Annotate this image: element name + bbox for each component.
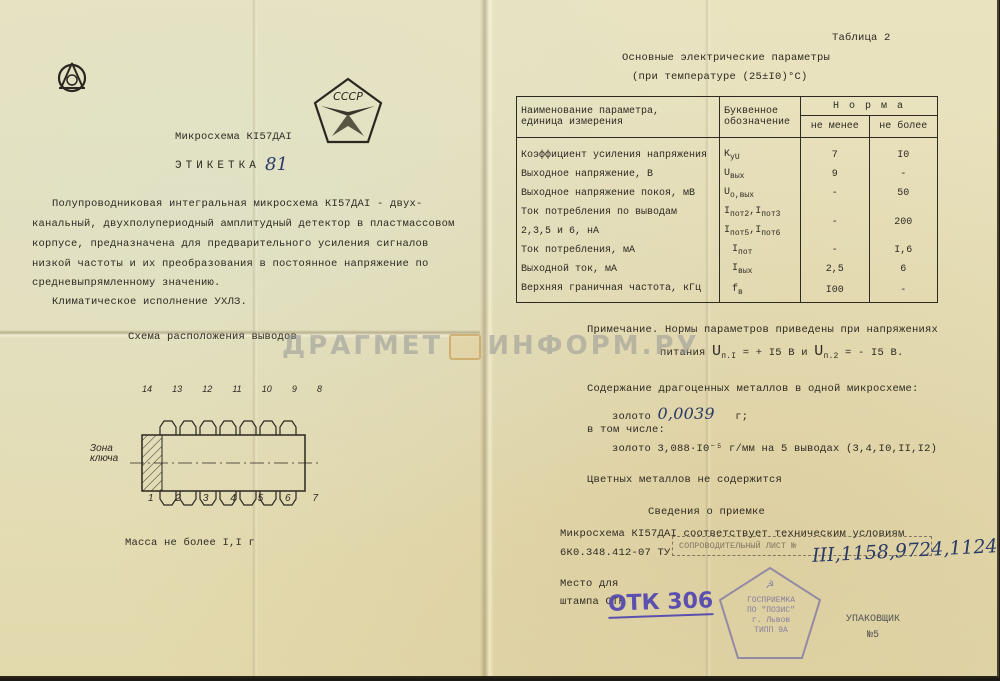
row-max: 6 (869, 260, 938, 279)
acceptance-line-2: 6К0.348.412-07 ТУ (560, 547, 671, 559)
row-param: Выходное напряжение, В (517, 165, 720, 184)
row-min: 7 (801, 138, 870, 166)
table-number: Таблица 2 (832, 32, 891, 44)
header-symbol: Буквенное обозначение (720, 97, 801, 138)
row-symbol: Uo,вых (720, 184, 801, 203)
gold-detail: золото 3,088·I0⁻⁵ г/мм на 5 выводах (3,4… (612, 442, 937, 455)
pinout-title: Схема расположения выводов (128, 331, 297, 343)
row-max: I0 (869, 138, 938, 166)
row-symbol: Iпот2,Iпот3 (720, 203, 801, 222)
quality-mark-pentagon-icon: СССР (312, 76, 384, 146)
acceptance-heading: Сведения о приемке (648, 506, 765, 518)
mass-spec: Масса не более I,I г (125, 537, 255, 549)
row-min: - (801, 184, 870, 203)
gold-content: золото 0,0039 г; (612, 404, 748, 423)
document-sheet: СССР Микросхема КI57ДАI ЭТИКЕТКА 81 Полу… (0, 0, 999, 678)
row-symbol: fв (720, 279, 801, 303)
otk-place-label: Место для (560, 578, 619, 590)
parameters-table: Наименование параметра, единица измерени… (516, 96, 938, 303)
row-param: Выходное напряжение покоя, мВ (517, 184, 720, 203)
pin-labels-bottom: 1234567 (148, 493, 318, 504)
row-min: - (801, 203, 870, 241)
key-zone-label: Зона ключа (90, 444, 118, 464)
gold-value-handwritten: 0,0039 (658, 404, 715, 423)
row-min: - (801, 241, 870, 260)
row-max: - (869, 165, 938, 184)
svg-text:☭: ☭ (766, 578, 774, 592)
row-symbol: Iпот (720, 241, 801, 260)
climate-spec: Климатическое исполнение УХЛЗ. (52, 296, 247, 308)
watermark: ДРАГМЕТИНФОРМ.РУ (282, 331, 700, 361)
label-heading: ЭТИКЕТКА (175, 160, 260, 172)
nonferrous-note: Цветных металлов не содержится (587, 474, 782, 486)
otk-stamp: ОТК 306 (608, 588, 714, 619)
header-min: не менее (801, 116, 870, 138)
header-norm: Н о р м а (801, 97, 938, 116)
row-min: 2,5 (801, 260, 870, 279)
watermark-logo-icon (449, 334, 481, 360)
row-param: Коэффициент усиления напряжения (517, 138, 720, 166)
packer-stamp: УПАКОВЩИК №5 (846, 612, 900, 644)
row-max: I,6 (869, 241, 938, 260)
description-line: средневыпрямленному значению. (32, 277, 221, 289)
row-param: Выходной ток, мА (517, 260, 720, 279)
row-max: - (869, 279, 938, 303)
row-symbol: Uвых (720, 165, 801, 184)
row-symbol: KyU (720, 138, 801, 166)
row-symbol: Iпот5,Iпот6 (720, 222, 801, 241)
description-line: Полупроводниковая интегральная микросхем… (52, 198, 423, 210)
header-max: не более (869, 116, 938, 138)
pin-labels-top: 141312111098 (142, 384, 322, 394)
description-line: корпусе, предназначена для предварительн… (32, 238, 429, 250)
label-number-handwritten: 81 (265, 154, 288, 175)
row-min: I00 (801, 279, 870, 303)
row-param: Верхняя граничная частота, кГц (517, 279, 720, 303)
row-symbol: Iвых (720, 260, 801, 279)
table-subtitle: (при температуре (25±I0)°С) (632, 71, 808, 83)
table-title: Основные электрические параметры (622, 52, 830, 64)
row-max: 50 (869, 184, 938, 203)
header-param: Наименование параметра, единица измерени… (517, 97, 720, 138)
row-param: Ток потребления по выводам (517, 203, 720, 222)
triangle-in-circle-logo-icon (55, 60, 89, 94)
row-min: 9 (801, 165, 870, 184)
row-param: Ток потребления, мА (517, 241, 720, 260)
gospriemka-stamp-text: ГОСПРИЕМКА ПО "ПОЗИС" г. Львов ТИПП 9А (726, 596, 816, 636)
row-param: 2,3,5 и 6, нА (517, 222, 720, 241)
description-line: низкой частоты и их преобразования в пос… (32, 258, 429, 270)
row-max: 200 (869, 203, 938, 241)
svg-text:СССР: СССР (333, 90, 363, 103)
description-line: канальный, двухполупериодный амплитудный… (32, 218, 455, 230)
including-label: в том числе: (587, 424, 665, 436)
precious-metals-heading: Содержание драгоценных металлов в одной … (587, 383, 919, 395)
product-title: Микросхема КI57ДАI (175, 131, 292, 143)
